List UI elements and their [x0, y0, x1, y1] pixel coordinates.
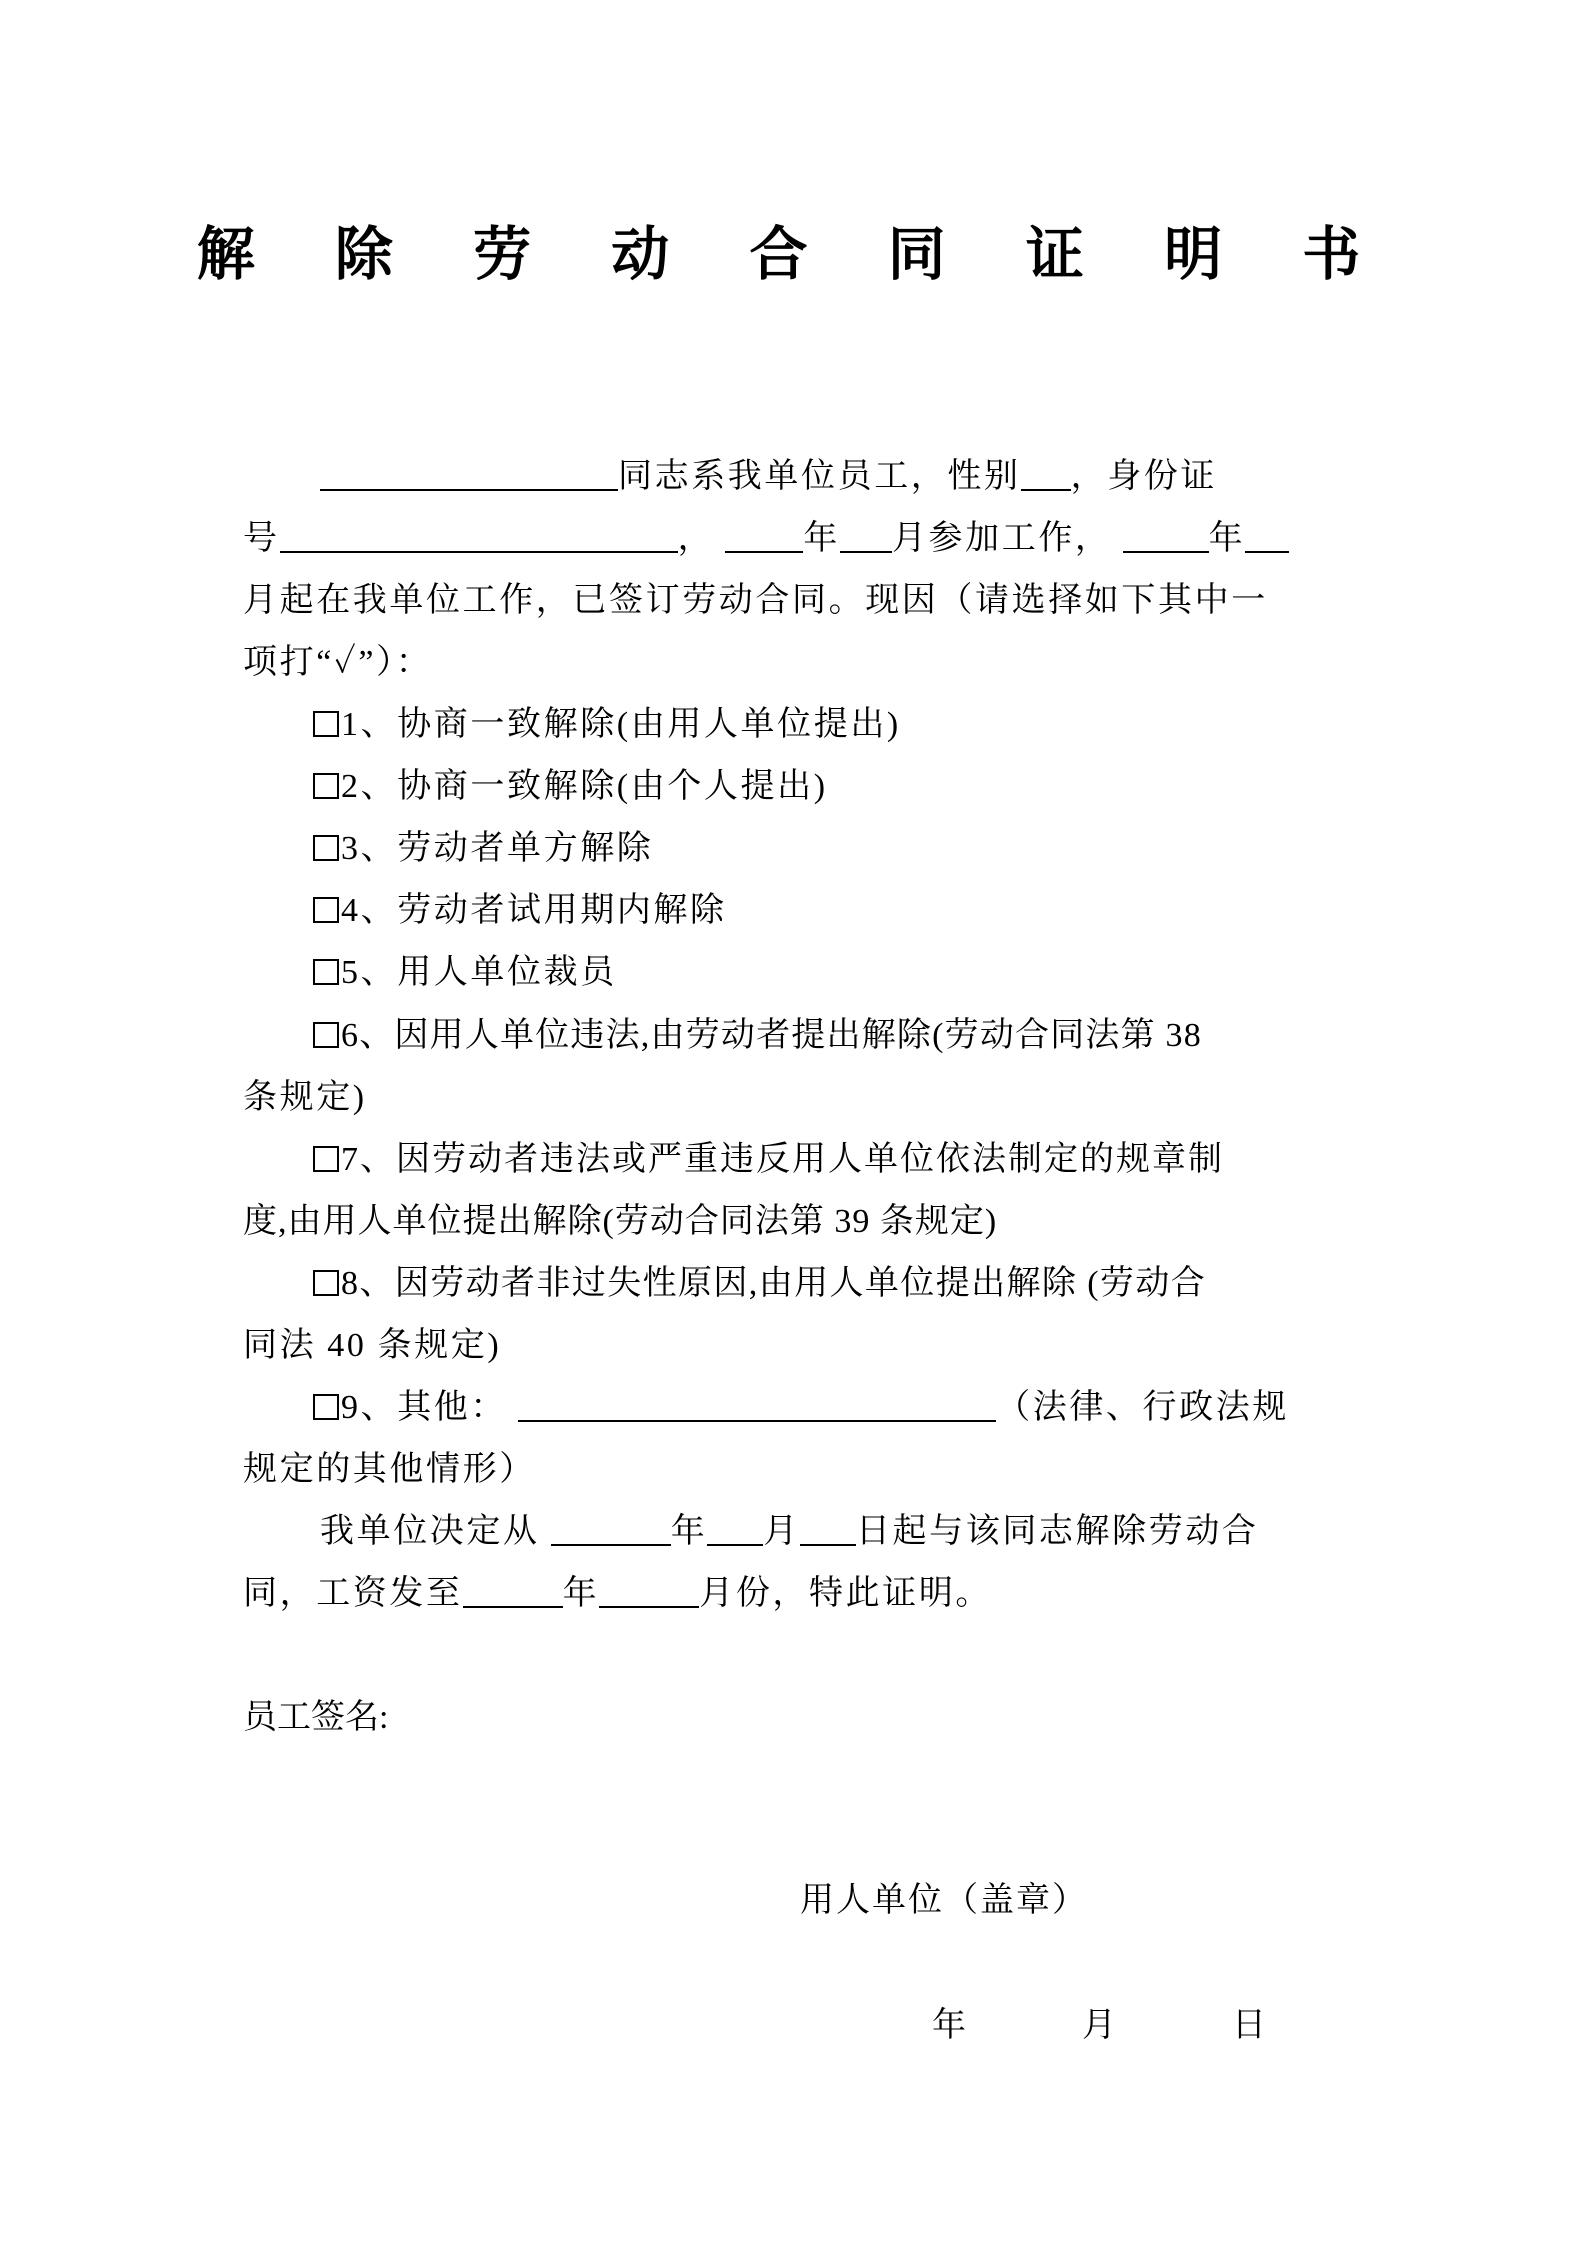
termination-month-blank[interactable] — [707, 1514, 763, 1546]
termination-day-blank[interactable] — [800, 1514, 856, 1546]
option-4: 4、劳动者试用期内解除 — [313, 889, 727, 933]
document-title: 解 除 劳 动 合 同 证 明 书 — [0, 222, 1587, 286]
employer-seal-label: 用人单位（盖章） — [800, 1879, 1088, 1923]
employee-signature-label: 员工签名: — [243, 1696, 388, 1740]
option-3: 3、劳动者单方解除 — [313, 827, 653, 871]
checkbox-option-1[interactable] — [313, 711, 339, 737]
option-2: 2、协商一致解除(由个人提出) — [313, 765, 828, 809]
date-year-label: 年 — [932, 2004, 966, 2048]
checkbox-option-2[interactable] — [313, 773, 339, 799]
intro-line-2: 号， 年月参加工作， 年 — [243, 517, 1289, 561]
option-7-cont: 度,由用人单位提出解除(劳动合同法第 39 条规定) — [243, 1200, 997, 1244]
decision-line-1: 我单位决定从 年月日起与该同志解除劳动合 — [320, 1510, 1259, 1554]
option-5: 5、用人单位裁员 — [313, 951, 617, 995]
checkbox-option-6[interactable] — [313, 1022, 339, 1048]
start-work-year-blank[interactable] — [725, 521, 803, 553]
checkbox-option-3[interactable] — [313, 835, 339, 861]
checkbox-option-9[interactable] — [313, 1394, 339, 1420]
gender-blank[interactable] — [1021, 459, 1071, 491]
join-unit-year-blank[interactable] — [1123, 521, 1209, 553]
id-number-blank[interactable] — [280, 521, 678, 553]
option-7: 7、因劳动者违法或严重违反用人单位依法制定的规章制 — [313, 1138, 1224, 1182]
option-8-cont: 同法 40 条规定) — [243, 1324, 501, 1368]
start-work-month-blank[interactable] — [840, 521, 892, 553]
join-unit-month-blank[interactable] — [1245, 521, 1289, 553]
checkbox-option-5[interactable] — [313, 959, 339, 985]
salary-until-month-blank[interactable] — [599, 1576, 699, 1608]
checkbox-option-4[interactable] — [313, 897, 339, 923]
option-8: 8、因劳动者非过失性原因,由用人单位提出解除 (劳动合 — [313, 1262, 1206, 1306]
option-6: 6、因用人单位违法,由劳动者提出解除(劳动合同法第 38 — [313, 1014, 1202, 1058]
option-9: 9、其他： （法律、行政法规 — [313, 1386, 1289, 1430]
intro-line-3: 月起在我单位工作，已签订劳动合同。现因（请选择如下其中一 — [243, 579, 1268, 623]
option-6-cont: 条规定) — [243, 1076, 367, 1120]
name-blank[interactable] — [320, 459, 618, 491]
option-9-cont: 规定的其他情形） — [243, 1448, 536, 1492]
date-month-label: 月 — [1082, 2004, 1116, 2048]
option-1: 1、协商一致解除(由用人单位提出) — [313, 703, 901, 747]
termination-year-blank[interactable] — [551, 1514, 671, 1546]
checkbox-option-7[interactable] — [313, 1146, 339, 1172]
intro-line-1: 同志系我单位员工，性别，身份证 — [320, 455, 1217, 499]
decision-line-2: 同，工资发至年月份，特此证明。 — [243, 1572, 992, 1616]
salary-until-year-blank[interactable] — [463, 1576, 563, 1608]
checkbox-option-8[interactable] — [313, 1270, 339, 1296]
intro-line-4: 项打“✓”）： — [243, 641, 432, 685]
date-day-label: 日 — [1232, 2004, 1266, 2048]
other-reason-blank[interactable] — [518, 1390, 996, 1422]
